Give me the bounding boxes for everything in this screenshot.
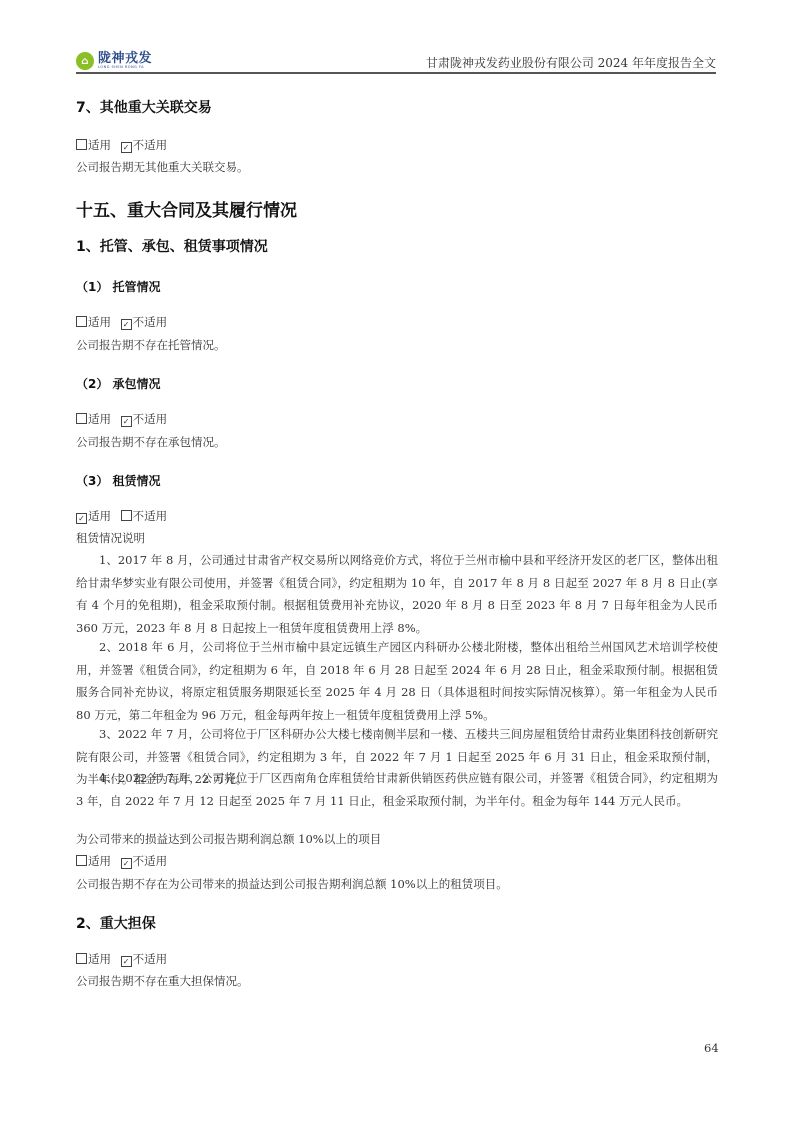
heading-lease: （3） 租赁情况 bbox=[76, 472, 161, 489]
option-not-applicable-label: 不适用 bbox=[133, 509, 168, 523]
lease-paragraph-2: 2、2018 年 6 月，公司将位于兰州市榆中县定远镇生产园区内科研办公楼北附楼… bbox=[76, 636, 718, 726]
checked-box-icon: ✓ bbox=[121, 858, 132, 869]
page-header: ⌂ 陇神戎发 LONG SHEN RONG FA 甘肃陇神戎发药业股份有限公司 … bbox=[76, 48, 716, 74]
applicability-options: 适用 ✓不适用 bbox=[76, 951, 167, 967]
heading-trust-contract-lease: 1、托管、承包、租赁事项情况 bbox=[76, 236, 268, 256]
unchecked-box-icon bbox=[76, 953, 87, 964]
section-text: 公司报告期不存在为公司带来的损益达到公司报告期利润总额 10%以上的租赁项目。 bbox=[76, 876, 508, 892]
heading-other-related-transactions: 7、其他重大关联交易 bbox=[76, 97, 212, 117]
lease-description-label: 租赁情况说明 bbox=[76, 530, 145, 546]
option-not-applicable-label: 不适用 bbox=[133, 412, 168, 426]
unchecked-box-icon bbox=[76, 139, 87, 150]
checked-box-icon: ✓ bbox=[76, 513, 87, 524]
lease-paragraph-4: 4、2022 年 7 月，公司将位于厂区西南角仓库租赁给甘肃新供销医药供应链有限… bbox=[76, 767, 718, 812]
unchecked-box-icon bbox=[76, 413, 87, 424]
checked-box-icon: ✓ bbox=[121, 319, 132, 330]
option-applicable-label: 适用 bbox=[88, 952, 111, 966]
heading-major-contracts: 十五、重大合同及其履行情况 bbox=[76, 196, 297, 221]
option-applicable-label: 适用 bbox=[88, 854, 111, 868]
option-applicable-label: 适用 bbox=[88, 315, 111, 329]
report-title: 甘肃陇神戎发药业股份有限公司 2024 年年度报告全文 bbox=[426, 54, 716, 71]
section-text: 公司报告期不存在重大担保情况。 bbox=[76, 973, 249, 989]
option-applicable-label: 适用 bbox=[88, 412, 111, 426]
applicability-options: 适用 ✓不适用 bbox=[76, 853, 167, 869]
option-not-applicable-label: 不适用 bbox=[133, 138, 168, 152]
logo-text: 陇神戎发 LONG SHEN RONG FA bbox=[98, 52, 152, 70]
applicability-options: ✓适用 不适用 bbox=[76, 508, 167, 524]
checked-box-icon: ✓ bbox=[121, 142, 132, 153]
unchecked-box-icon bbox=[76, 855, 87, 866]
applicability-options: 适用 ✓不适用 bbox=[76, 411, 167, 427]
option-not-applicable-label: 不适用 bbox=[133, 315, 168, 329]
company-logo: ⌂ 陇神戎发 LONG SHEN RONG FA bbox=[76, 48, 152, 74]
section-text: 公司报告期不存在承包情况。 bbox=[76, 434, 226, 450]
heading-major-guarantees: 2、重大担保 bbox=[76, 913, 156, 933]
applicability-options: 适用 ✓不适用 bbox=[76, 314, 167, 330]
section-text: 公司报告期不存在托管情况。 bbox=[76, 337, 226, 353]
unchecked-box-icon bbox=[121, 510, 132, 521]
applicability-options: 适用 ✓不适用 bbox=[76, 137, 167, 153]
page-number: 64 bbox=[704, 1041, 719, 1055]
logo-cn: 陇神戎发 bbox=[98, 52, 152, 65]
header-divider bbox=[76, 72, 716, 74]
unchecked-box-icon bbox=[76, 316, 87, 327]
checked-box-icon: ✓ bbox=[121, 956, 132, 967]
logo-mark-icon: ⌂ bbox=[76, 52, 94, 70]
option-not-applicable-label: 不适用 bbox=[133, 952, 168, 966]
heading-trust: （1） 托管情况 bbox=[76, 278, 161, 295]
option-not-applicable-label: 不适用 bbox=[133, 854, 168, 868]
option-applicable-label: 适用 bbox=[88, 138, 111, 152]
section-text: 公司报告期无其他重大关联交易。 bbox=[76, 159, 249, 175]
major-lease-label: 为公司带来的损益达到公司报告期利润总额 10%以上的项目 bbox=[76, 831, 381, 847]
heading-contracting: （2） 承包情况 bbox=[76, 375, 161, 392]
logo-en: LONG SHEN RONG FA bbox=[98, 66, 152, 70]
option-applicable-label: 适用 bbox=[88, 509, 111, 523]
checked-box-icon: ✓ bbox=[121, 416, 132, 427]
lease-paragraph-1: 1、2017 年 8 月，公司通过甘肃省产权交易所以网络竞价方式，将位于兰州市榆… bbox=[76, 549, 718, 639]
